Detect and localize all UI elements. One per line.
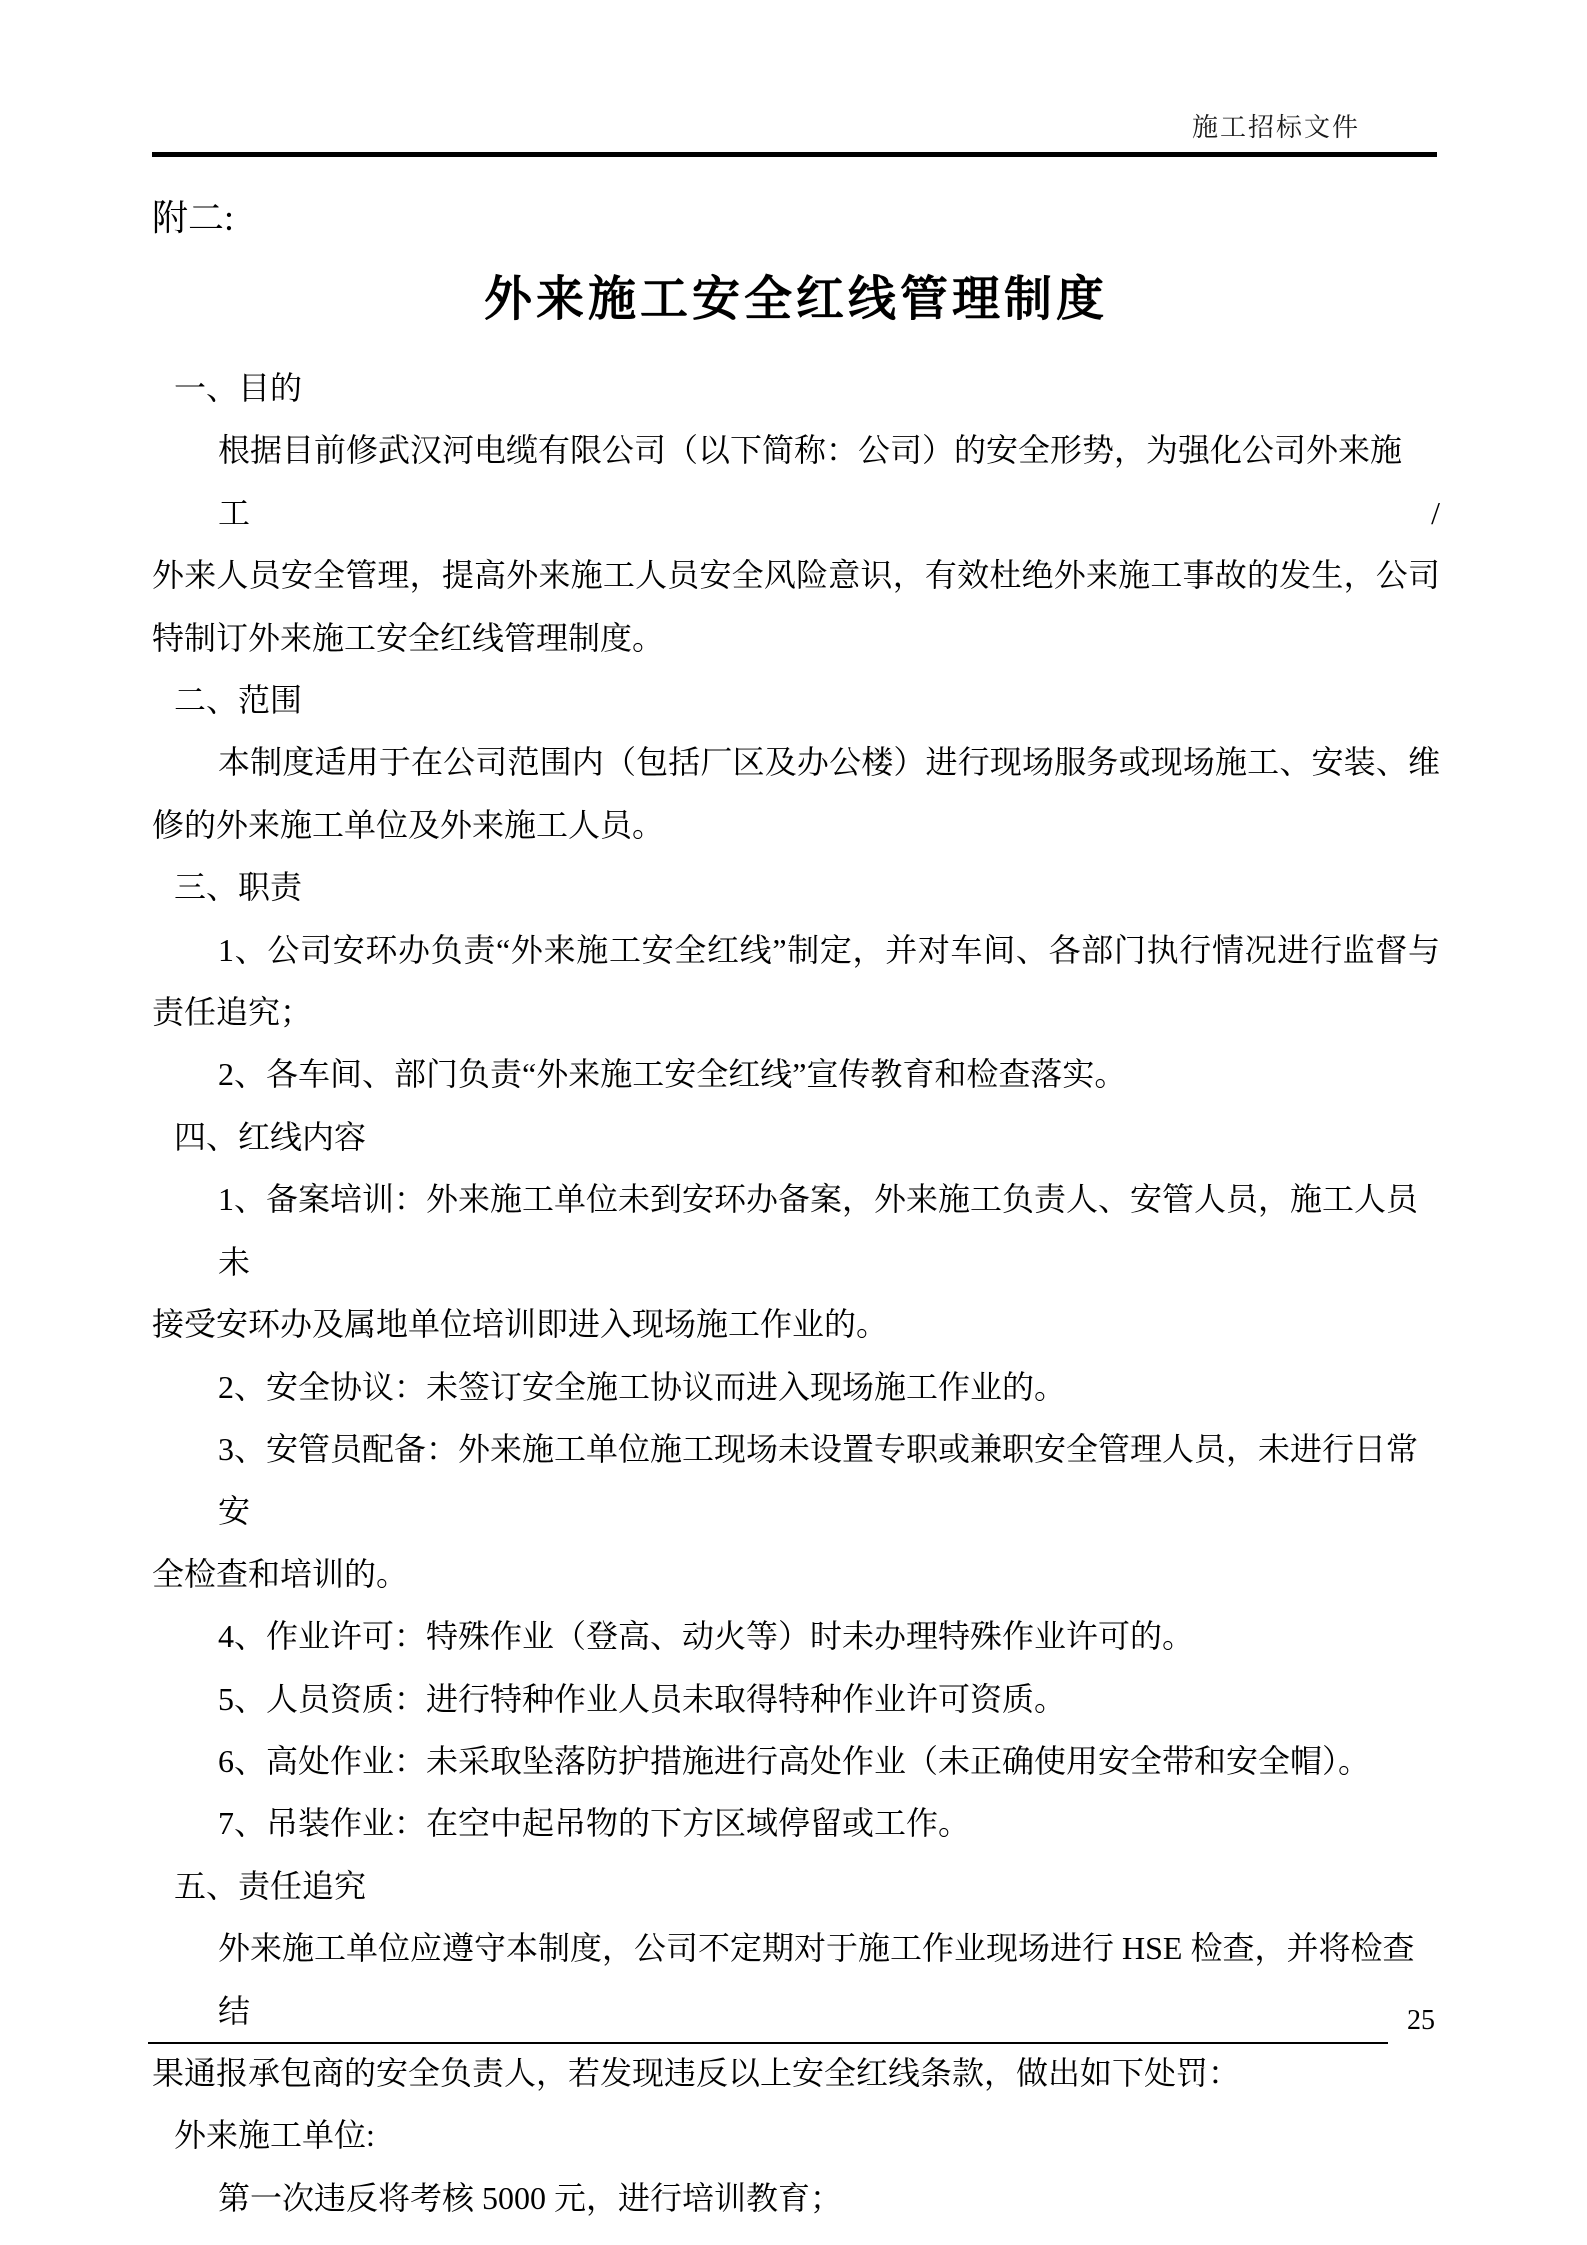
paragraph-line: 3、安管员配备：外来施工单位施工现场未设置专职或兼职安全管理人员，未进行日常安 [152, 1418, 1440, 1543]
paragraph-line: 4、作业许可：特殊作业（登高、动火等）时未办理特殊作业许可的。 [152, 1605, 1440, 1667]
document-body: 一、目的 根据目前修武汉河电缆有限公司（以下简称：公司）的安全形势，为强化公司外… [152, 357, 1440, 2229]
footer-rule [148, 2042, 1388, 2044]
heading-objective: 一、目的 [152, 357, 1440, 419]
paragraph-line: 特制订外来施工安全红线管理制度。 [152, 607, 1440, 669]
document-title: 外来施工安全红线管理制度 [152, 269, 1440, 331]
paragraph-line: 外来施工单位应遵守本制度，公司不定期对于施工作业现场进行 HSE 检查，并将检查… [152, 1917, 1440, 2042]
paragraph-line: 本制度适用于在公司范围内（包括厂区及办公楼）进行现场服务或现场施工、安装、维 [152, 731, 1440, 793]
paragraph-line: 5、人员资质：进行特种作业人员未取得特种作业许可资质。 [152, 1668, 1440, 1730]
paragraph-line: 2、各车间、部门负责“外来施工安全红线”宣传教育和检查落实。 [152, 1043, 1440, 1105]
paragraph-line: 1、公司安环办负责“外来施工安全红线”制定，并对车间、各部门执行情况进行监督与 [152, 919, 1440, 981]
paragraph-line: 7、吊装作业：在空中起吊物的下方区域停留或工作。 [152, 1792, 1440, 1854]
paragraph-line: 修的外来施工单位及外来施工人员。 [152, 794, 1440, 856]
page-header: 施工招标文件 [152, 0, 1437, 144]
paragraph-line: 外来施工单位: [152, 2104, 1440, 2166]
document-page: 施工招标文件 附二: 外来施工安全红线管理制度 一、目的 根据目前修武汉河电缆有… [0, 0, 1587, 2245]
paragraph-line: 责任追究； [152, 981, 1440, 1043]
paragraph-line: 2、安全协议：未签订安全施工协议而进入现场施工作业的。 [152, 1356, 1440, 1418]
header-rule [152, 152, 1437, 157]
paragraph-line: 1、备案培训：外来施工单位未到安环办备案，外来施工负责人、安管人员，施工人员未 [152, 1168, 1440, 1293]
heading-redline-content: 四、红线内容 [152, 1106, 1440, 1168]
heading-accountability: 五、责任追究 [152, 1855, 1440, 1917]
paragraph-line: 全检查和培训的。 [152, 1543, 1440, 1605]
paragraph-line: 外来人员安全管理，提高外来施工人员安全风险意识，有效杜绝外来施工事故的发生，公司 [152, 544, 1440, 606]
paragraph-line: 果通报承包商的安全负责人，若发现违反以上安全红线条款，做出如下处罚： [152, 2042, 1440, 2104]
heading-scope: 二、范围 [152, 669, 1440, 731]
attachment-label: 附二: [152, 193, 1440, 243]
paragraph-line: 接受安环办及属地单位培训即进入现场施工作业的。 [152, 1293, 1440, 1355]
paragraph-line: 第一次违反将考核 5000 元，进行培训教育； [152, 2167, 1440, 2229]
page-number: 25 [1407, 2006, 1435, 2036]
paragraph-line: 6、高处作业：未采取坠落防护措施进行高处作业（未正确使用安全带和安全帽）。 [152, 1730, 1440, 1792]
paragraph-line: 根据目前修武汉河电缆有限公司（以下简称：公司）的安全形势，为强化公司外来施工/ [152, 419, 1440, 544]
header-doc-type: 施工招标文件 [1192, 112, 1360, 144]
heading-duties: 三、职责 [152, 856, 1440, 918]
